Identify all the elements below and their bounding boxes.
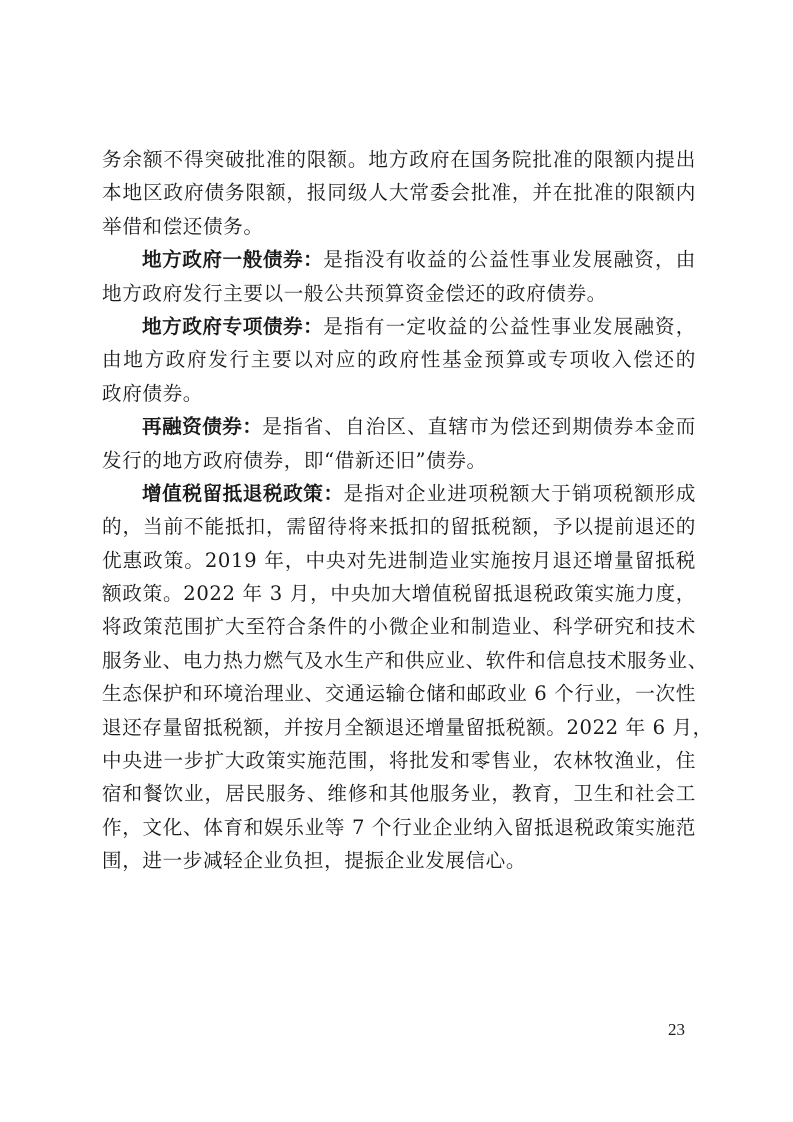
text-line: 生态保护和环境治理业、交通运输仓储和邮政业 6 个行业，一次性	[102, 677, 696, 710]
text-line: 将政策范围扩大至符合条件的小微企业和制造业、科学研究和技术	[102, 610, 696, 643]
text-line: 中央进一步扩大政策实施范围，将批发和零售业，农林牧渔业，住	[102, 744, 696, 777]
term-definition: 是指对企业进项税额大于销项税额形成	[344, 482, 696, 505]
document-body: 务余额不得突破批准的限额。地方政府在国务院批准的限额内提出 本地区政府债务限额，…	[102, 143, 696, 878]
term-definition: 是指有一定收益的公益性事业发展融资，	[323, 315, 696, 338]
term-heading: 地方政府一般债券：	[142, 248, 323, 271]
text-line: 服务业、电力热力燃气及水生产和供应业、软件和信息技术服务业、	[102, 644, 696, 677]
text-line: 优惠政策。2019 年，中央对先进制造业实施按月退还增量留抵税	[102, 544, 696, 577]
text-line: 围，进一步减轻企业负担，提振企业发展信心。	[102, 844, 696, 877]
page-number: 23	[668, 1020, 685, 1040]
term-heading: 增值税留抵退税政策：	[142, 482, 344, 505]
text-line: 退还存量留抵税额，并按月全额退还增量留抵税额。2022 年 6 月，	[102, 711, 696, 744]
text-line: 政府债券。	[102, 377, 696, 410]
text-line: 的，当前不能抵扣，需留待将来抵扣的留抵税额，予以提前退还的	[102, 510, 696, 543]
term-definition: 是指省、自治区、直辖市为偿还到期债券本金而	[262, 415, 696, 438]
text-line: 举借和偿还债务。	[102, 210, 696, 243]
paragraph-refinancing-bond: 再融资债券：是指省、自治区、直辖市为偿还到期债券本金而 发行的地方政府债券，即“…	[102, 410, 696, 477]
text-line: 本地区政府债务限额，报同级人大常委会批准，并在批准的限额内	[102, 176, 696, 209]
paragraph-general-bond: 地方政府一般债券：是指没有收益的公益性事业发展融资，由 地方政府发行主要以一般公…	[102, 243, 696, 310]
paragraph-continuation: 务余额不得突破批准的限额。地方政府在国务院批准的限额内提出 本地区政府债务限额，…	[102, 143, 696, 243]
text-line: 发行的地方政府债券，即“借新还旧”债券。	[102, 444, 696, 477]
text-line: 再融资债券：是指省、自治区、直辖市为偿还到期债券本金而	[102, 410, 696, 443]
term-heading: 再融资债券：	[142, 415, 262, 438]
text-line: 作，文化、体育和娱乐业等 7 个行业企业纳入留抵退税政策实施范	[102, 811, 696, 844]
paragraph-special-bond: 地方政府专项债券：是指有一定收益的公益性事业发展融资， 由地方政府发行主要以对应…	[102, 310, 696, 410]
text-line: 地方政府发行主要以一般公共预算资金偿还的政府债券。	[102, 277, 696, 310]
term-heading: 地方政府专项债券：	[142, 315, 323, 338]
term-definition: 是指没有收益的公益性事业发展融资，由	[323, 248, 696, 271]
text-line: 增值税留抵退税政策：是指对企业进项税额大于销项税额形成	[102, 477, 696, 510]
text-line: 务余额不得突破批准的限额。地方政府在国务院批准的限额内提出	[102, 143, 696, 176]
text-line: 宿和餐饮业，居民服务、维修和其他服务业，教育，卫生和社会工	[102, 777, 696, 810]
paragraph-vat-refund-policy: 增值税留抵退税政策：是指对企业进项税额大于销项税额形成 的，当前不能抵扣，需留待…	[102, 477, 696, 878]
text-line: 由地方政府发行主要以对应的政府性基金预算或专项收入偿还的	[102, 343, 696, 376]
text-line: 地方政府一般债券：是指没有收益的公益性事业发展融资，由	[102, 243, 696, 276]
text-line: 额政策。2022 年 3 月，中央加大增值税留抵退税政策实施力度，	[102, 577, 696, 610]
text-line: 地方政府专项债券：是指有一定收益的公益性事业发展融资，	[102, 310, 696, 343]
